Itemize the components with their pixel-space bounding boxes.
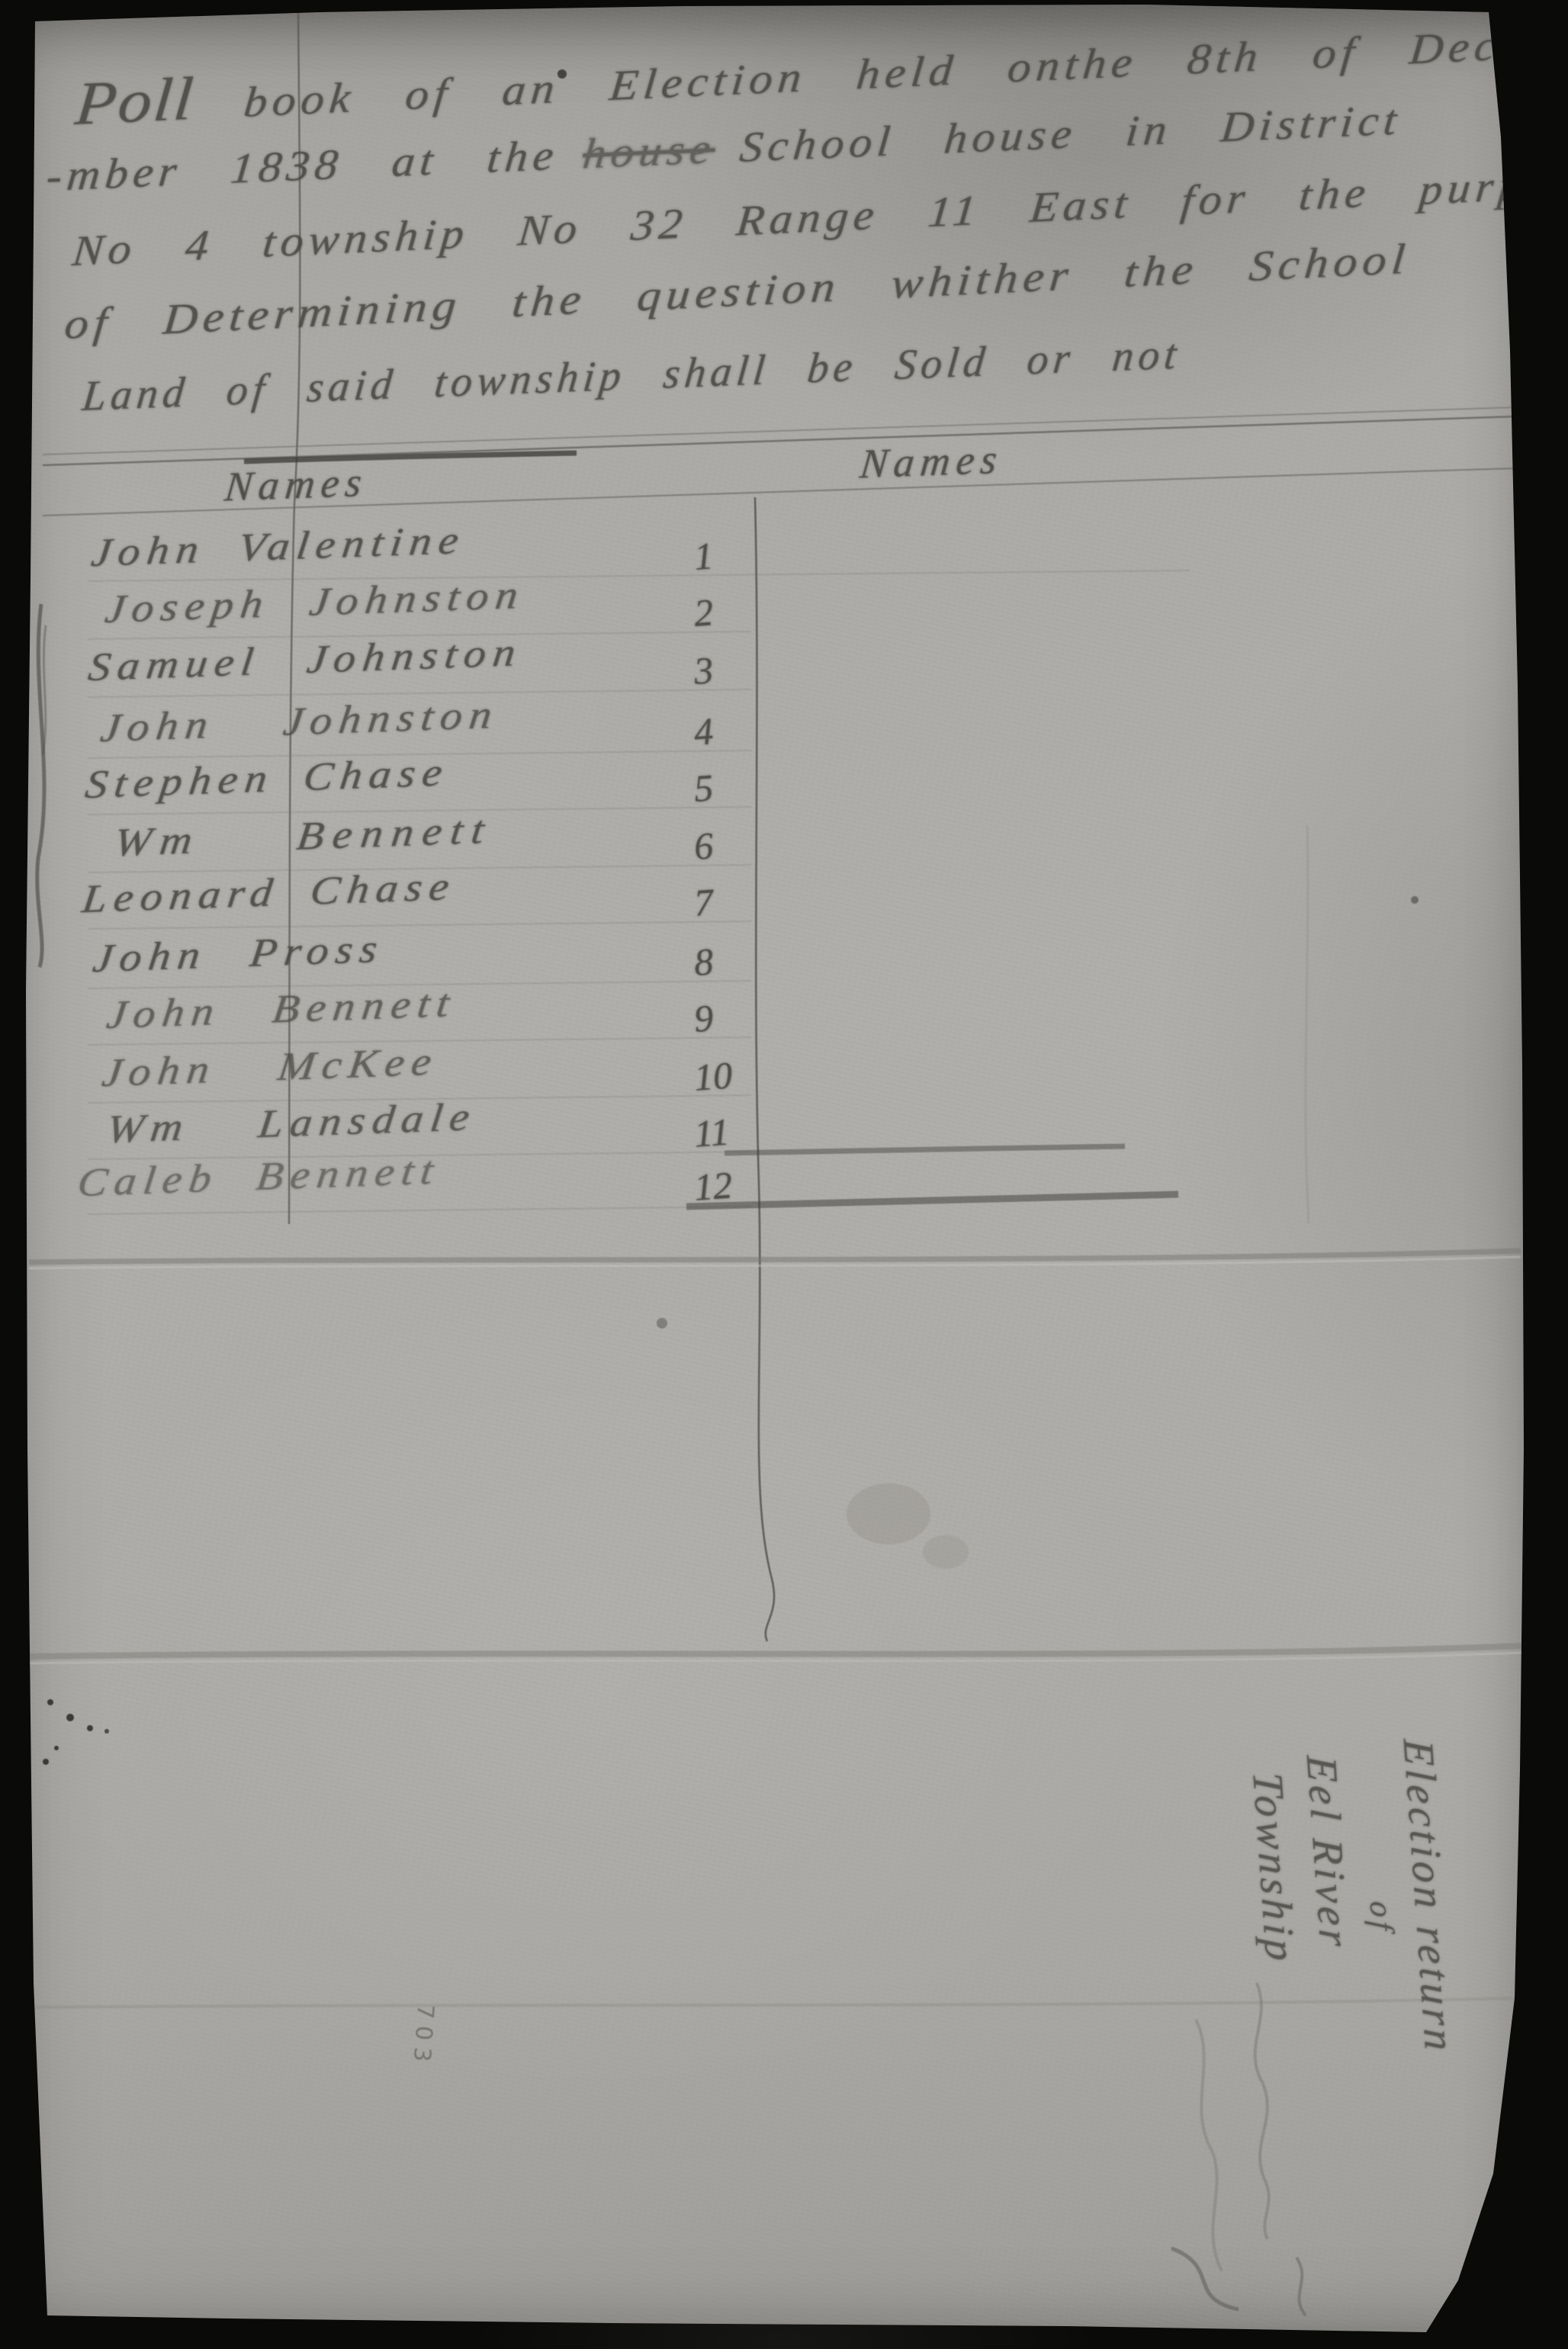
table-row: Joseph Johnston 2 [0,587,1568,645]
voter-number: 2 [692,590,715,635]
table-row: John Valentine 1 [0,531,1568,589]
table-row: John Johnston 4 [0,706,1568,764]
table-row: John Bennett 9 [0,993,1568,1051]
voter-number: 8 [692,939,715,985]
table-row: Leonard Chase 7 [0,877,1568,935]
voter-number: 4 [692,709,715,754]
voter-number: 9 [692,995,715,1041]
header-top-rule-2 [43,407,1516,455]
voter-number: 3 [692,648,715,693]
table-row: John McKee 10 [0,1051,1568,1109]
voter-number: 10 [692,1052,734,1099]
voter-number: 12 [692,1162,734,1209]
side-annotation: Election return of Eel River Township [1237,1733,1486,2318]
table-row: Caleb Bennett 12 [0,1161,1568,1219]
paper-sheet: Poll book of an Election held onthe 8th … [0,0,1568,2349]
voter-number: 11 [692,1109,731,1155]
struck-out-word: house [580,125,717,178]
table-row: Wm Bennett 6 [0,821,1568,879]
voter-number: 5 [692,765,715,811]
voter-number: 1 [692,533,715,579]
table-row: John Pross 8 [0,937,1568,995]
header-top-rule [43,416,1516,465]
table-row: Samuel Johnston 3 [0,645,1568,703]
ink-layer: Poll book of an Election held onthe 8th … [0,0,1568,2349]
heading-word-poll: Poll [72,65,198,138]
voter-number: 6 [692,823,715,869]
voter-number: 7 [692,879,715,925]
table-row: Stephen Chase 5 [0,763,1568,821]
table-header-names-right: Names [858,435,1005,488]
table-header-names-left: Names [223,458,370,511]
voter-name: John Pross [90,927,387,982]
scanned-document-page: Poll book of an Election held onthe 8th … [0,0,1568,2349]
